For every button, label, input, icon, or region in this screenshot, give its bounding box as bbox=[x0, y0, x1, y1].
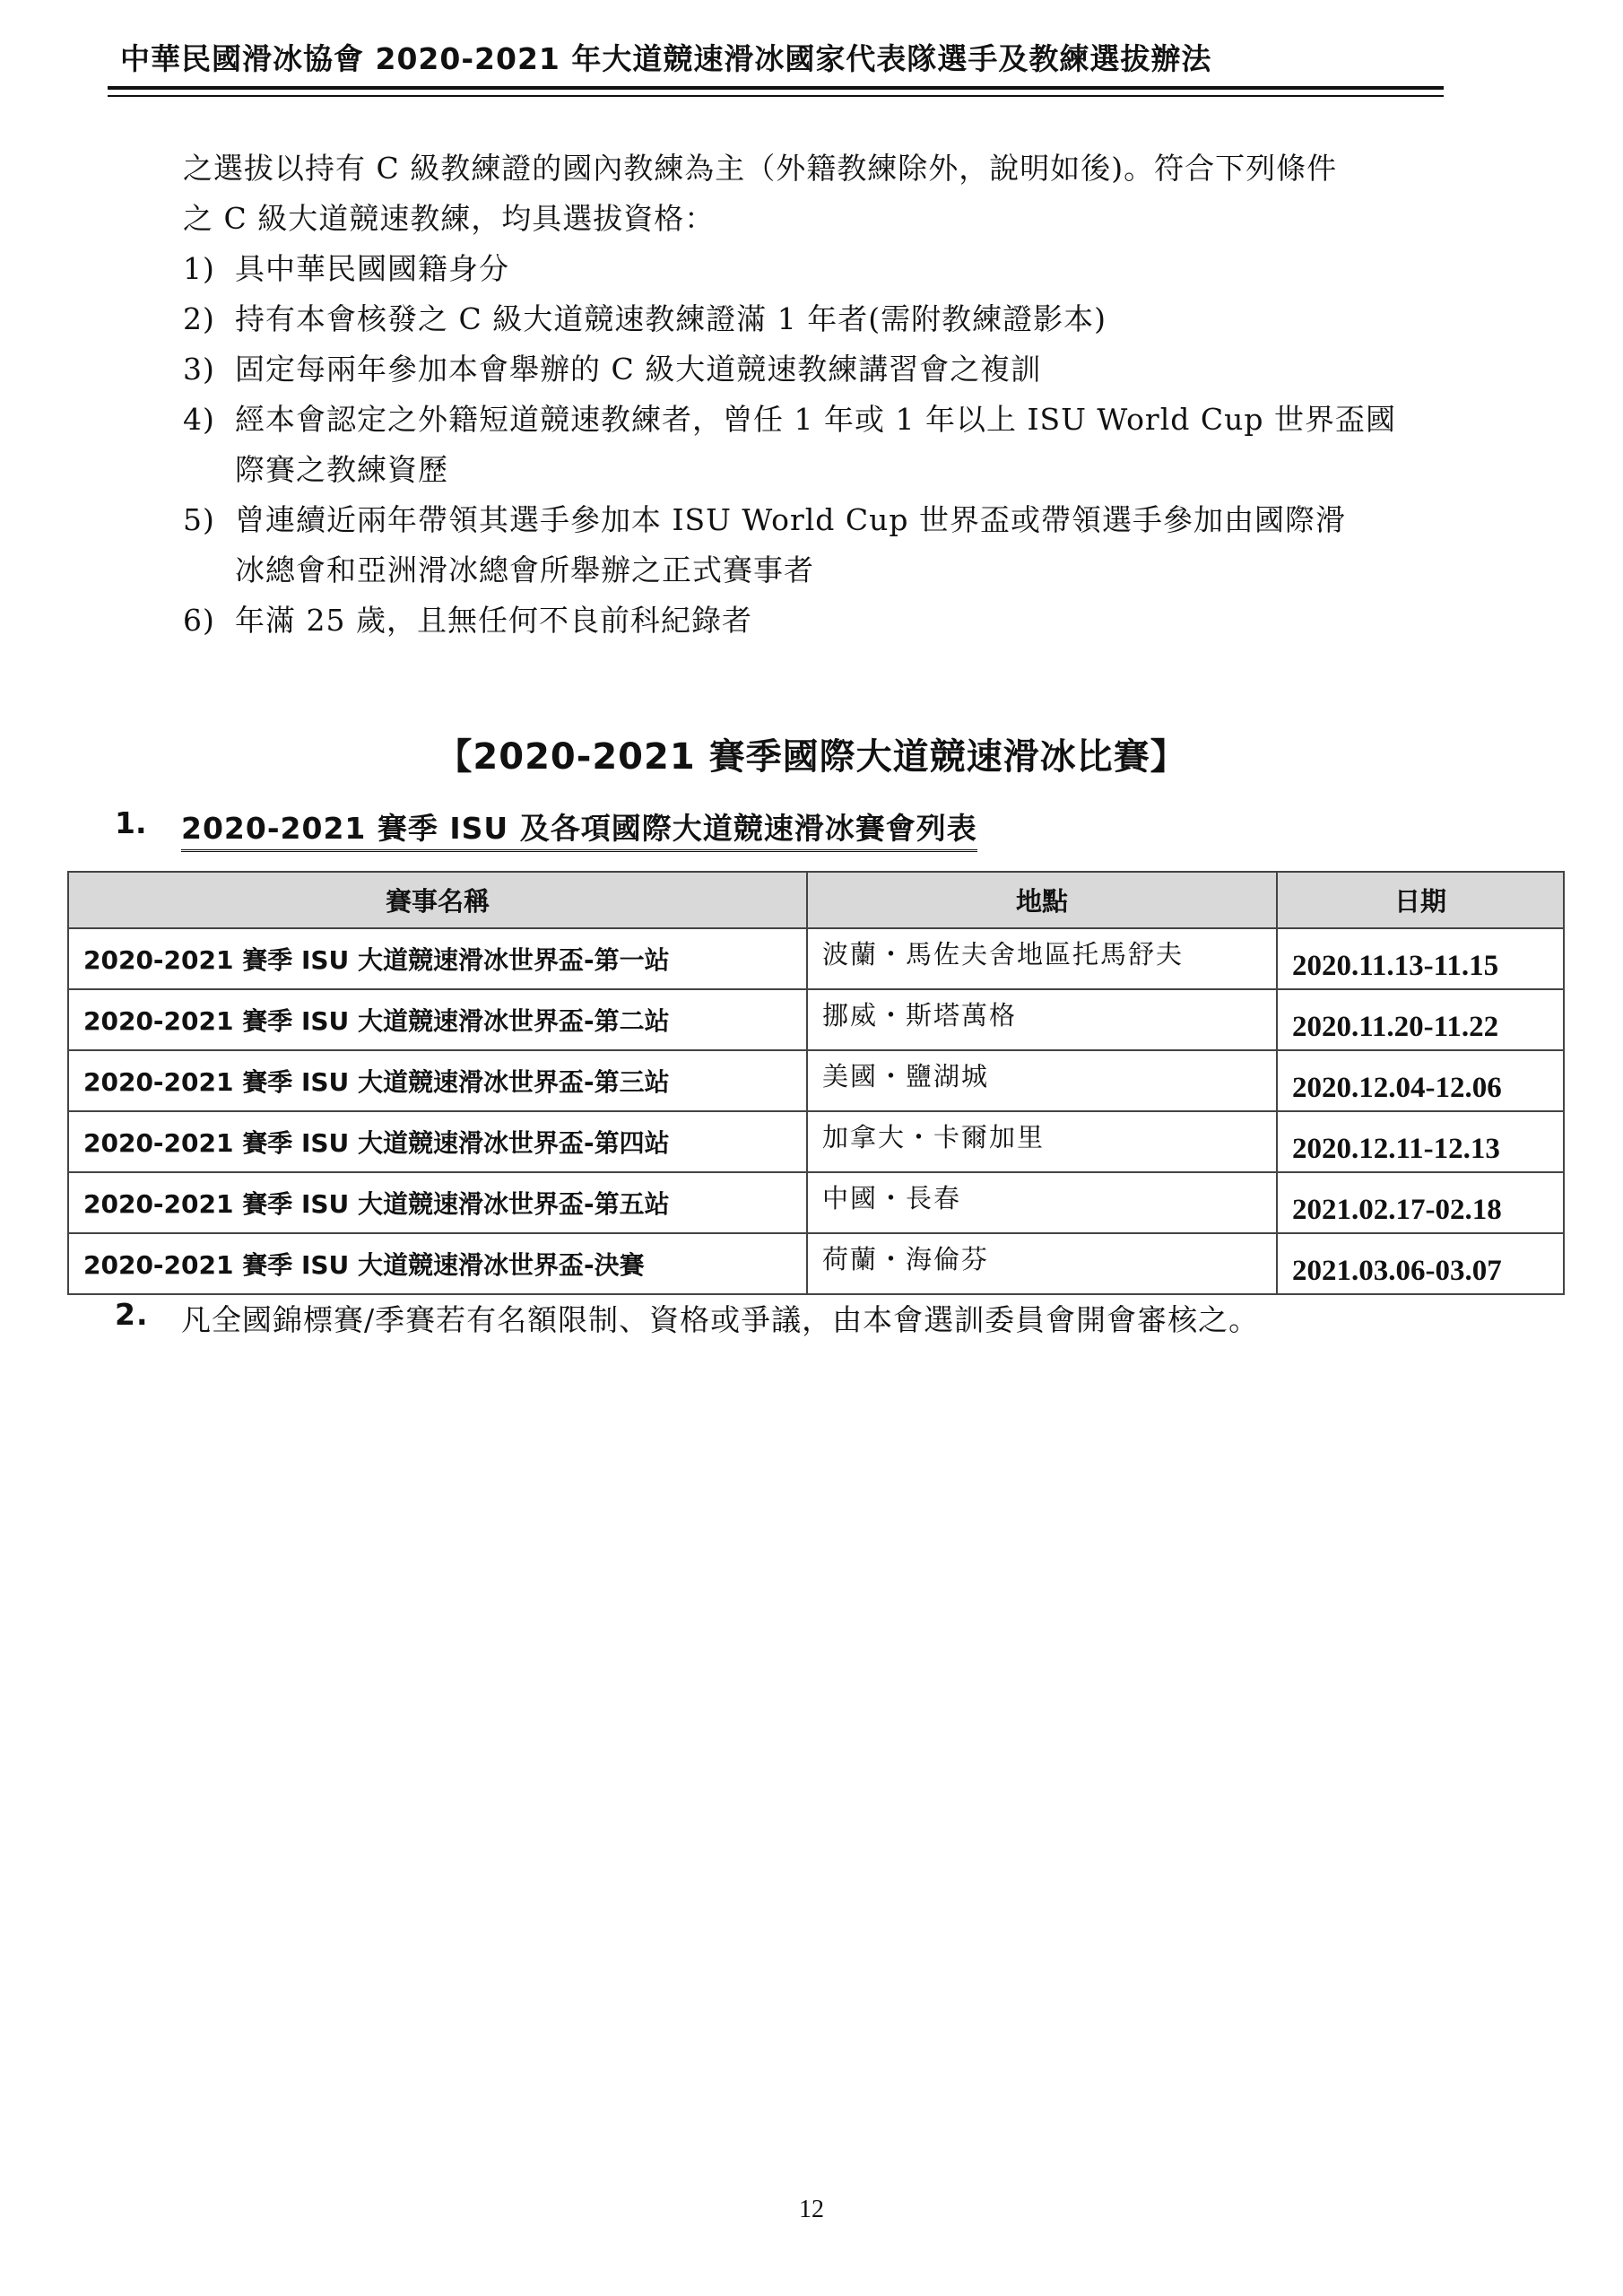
criteria-number: 5) bbox=[183, 495, 235, 545]
criteria-number: 3) bbox=[183, 344, 235, 395]
criteria-number: 2) bbox=[183, 294, 235, 344]
criteria-item-4: 4) 經本會認定之外籍短道競速教練者，曾任 1 年或 1 年以上 ISU Wor… bbox=[183, 395, 1528, 445]
criteria-text: 曾連續近兩年帶領其選手參加本 ISU World Cup 世界盃或帶領選手參加由… bbox=[235, 495, 1528, 545]
event-name-cell: 2020-2021 賽季 ISU 大道競速滑冰世界盃-第五站 bbox=[68, 1172, 807, 1233]
event-date-cell: 2021.02.17-02.18 bbox=[1277, 1172, 1564, 1233]
criteria-number: 1) bbox=[183, 244, 235, 294]
table-row: 2020-2021 賽季 ISU 大道競速滑冰世界盃-第二站 挪威・斯塔萬格 2… bbox=[68, 989, 1564, 1050]
event-location-cell: 加拿大・卡爾加里 bbox=[807, 1111, 1277, 1172]
event-date-cell: 2020.11.13-11.15 bbox=[1277, 928, 1564, 989]
event-name-cell: 2020-2021 賽季 ISU 大道競速滑冰世界盃-第三站 bbox=[68, 1050, 807, 1111]
event-location-cell: 美國・鹽湖城 bbox=[807, 1050, 1277, 1111]
criteria-text: 具中華民國國籍身分 bbox=[235, 244, 1528, 294]
event-location-cell: 波蘭・馬佐夫舍地區托馬舒夫 bbox=[807, 928, 1277, 989]
note-text: 凡全國錦標賽/季賽若有名額限制、資格或爭議，由本會選訓委員會開會審核之。 bbox=[181, 1297, 1259, 1339]
criteria-item-5: 5) 曾連續近兩年帶領其選手參加本 ISU World Cup 世界盃或帶領選手… bbox=[183, 495, 1528, 545]
table-row: 2020-2021 賽季 ISU 大道競速滑冰世界盃-第三站 美國・鹽湖城 20… bbox=[68, 1050, 1564, 1111]
event-location-cell: 荷蘭・海倫芬 bbox=[807, 1233, 1277, 1294]
criteria-text: 固定每兩年參加本會舉辦的 C 級大道競速教練講習會之複訓 bbox=[235, 344, 1528, 395]
event-name-cell: 2020-2021 賽季 ISU 大道競速滑冰世界盃-第四站 bbox=[68, 1111, 807, 1172]
event-name-cell: 2020-2021 賽季 ISU 大道競速滑冰世界盃-決賽 bbox=[68, 1233, 807, 1294]
table-row: 2020-2021 賽季 ISU 大道競速滑冰世界盃-決賽 荷蘭・海倫芬 202… bbox=[68, 1233, 1564, 1294]
column-header-event-name: 賽事名稱 bbox=[68, 872, 807, 928]
table-row: 2020-2021 賽季 ISU 大道競速滑冰世界盃-第五站 中國・長春 202… bbox=[68, 1172, 1564, 1233]
header-rule-thick bbox=[108, 86, 1444, 90]
event-name-cell: 2020-2021 賽季 ISU 大道競速滑冰世界盃-第一站 bbox=[68, 928, 807, 989]
criteria-number: 6) bbox=[183, 596, 235, 646]
table-header-row: 賽事名稱 地點 日期 bbox=[68, 872, 1564, 928]
coach-selection-section: 之選拔以持有 C 級教練證的國內教練為主（外籍教練除外，說明如後)。符合下列條件… bbox=[183, 143, 1528, 646]
event-date-cell: 2020.12.11-12.13 bbox=[1277, 1111, 1564, 1172]
column-header-location: 地點 bbox=[807, 872, 1277, 928]
criteria-item-3: 3) 固定每兩年參加本會舉辦的 C 級大道競速教練講習會之複訓 bbox=[183, 344, 1528, 395]
review-note: 2. 凡全國錦標賽/季賽若有名額限制、資格或爭議，由本會選訓委員會開會審核之。 bbox=[115, 1297, 1259, 1339]
header-rule-thin bbox=[108, 95, 1444, 97]
criteria-item-6: 6) 年滿 25 歲，且無任何不良前科紀錄者 bbox=[183, 596, 1528, 646]
events-table: 賽事名稱 地點 日期 2020-2021 賽季 ISU 大道競速滑冰世界盃-第一… bbox=[67, 871, 1565, 1295]
criteria-text: 年滿 25 歲，且無任何不良前科紀錄者 bbox=[235, 596, 1528, 646]
table-row: 2020-2021 賽季 ISU 大道競速滑冰世界盃-第四站 加拿大・卡爾加里 … bbox=[68, 1111, 1564, 1172]
criteria-item-1: 1) 具中華民國國籍身分 bbox=[183, 244, 1528, 294]
event-date-cell: 2020.12.04-12.06 bbox=[1277, 1050, 1564, 1111]
criteria-item-2: 2) 持有本會核發之 C 級大道競速教練證滿 1 年者(需附教練證影本) bbox=[183, 294, 1528, 344]
criteria-text-continued: 冰總會和亞洲滑冰總會所舉辦之正式賽事者 bbox=[183, 545, 1528, 596]
note-number: 2. bbox=[115, 1297, 181, 1339]
criteria-text: 持有本會核發之 C 級大道競速教練證滿 1 年者(需附教練證影本) bbox=[235, 294, 1528, 344]
document-header-title: 中華民國滑冰協會 2020-2021 年大道競速滑冰國家代表隊選手及教練選拔辦法 bbox=[120, 36, 1211, 78]
criteria-text: 經本會認定之外籍短道競速教練者，曾任 1 年或 1 年以上 ISU World … bbox=[235, 395, 1528, 445]
subheading-text: 2020-2021 賽季 ISU 及各項國際大道競速滑冰賽會列表 bbox=[181, 805, 977, 852]
intro-line-2: 之 C 級大道競速教練，均具選拔資格： bbox=[183, 194, 1528, 244]
intro-line-1: 之選拔以持有 C 級教練證的國內教練為主（外籍教練除外，說明如後)。符合下列條件 bbox=[183, 143, 1528, 194]
event-date-cell: 2021.03.06-03.07 bbox=[1277, 1233, 1564, 1294]
event-location-cell: 挪威・斯塔萬格 bbox=[807, 989, 1277, 1050]
page-number: 12 bbox=[0, 2196, 1623, 2224]
subheading-event-list: 1. 2020-2021 賽季 ISU 及各項國際大道競速滑冰賽會列表 bbox=[115, 805, 977, 852]
event-location-cell: 中國・長春 bbox=[807, 1172, 1277, 1233]
criteria-text-continued: 際賽之教練資歷 bbox=[183, 445, 1528, 495]
event-name-cell: 2020-2021 賽季 ISU 大道競速滑冰世界盃-第二站 bbox=[68, 989, 807, 1050]
subheading-number: 1. bbox=[115, 805, 181, 852]
criteria-number: 4) bbox=[183, 395, 235, 445]
table-row: 2020-2021 賽季 ISU 大道競速滑冰世界盃-第一站 波蘭・馬佐夫舍地區… bbox=[68, 928, 1564, 989]
section-title: 【2020-2021 賽季國際大道競速滑冰比賽】 bbox=[0, 728, 1623, 779]
column-header-date: 日期 bbox=[1277, 872, 1564, 928]
event-date-cell: 2020.11.20-11.22 bbox=[1277, 989, 1564, 1050]
